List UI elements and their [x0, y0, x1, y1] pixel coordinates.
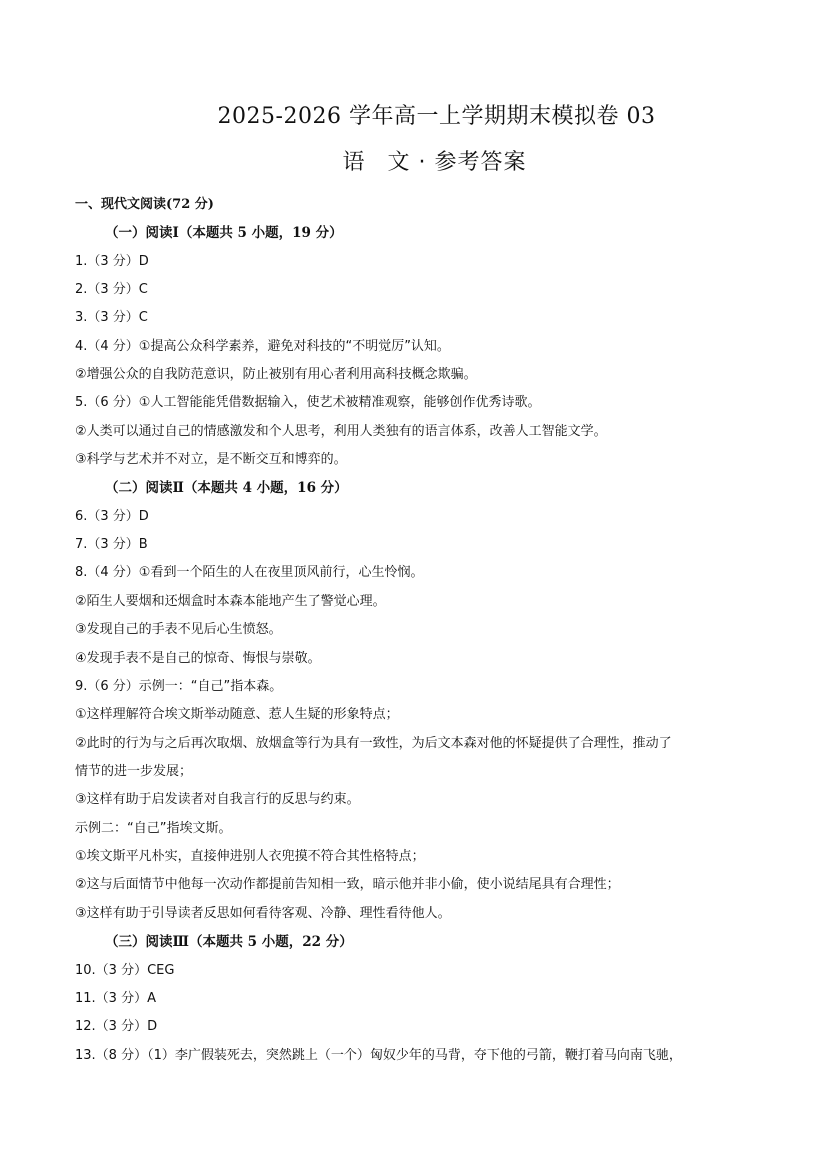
answer-line: 13.（8 分）（1）李广假装死去，突然跳上（一个）匈奴少年的马背，夺下他的弓箭… [75, 1047, 682, 1065]
answer-line: 2.（3 分）C [75, 281, 148, 299]
answer-line: ③这样有助于引导读者反思如何看待客观、冷静、理性看待他人。 [75, 905, 451, 923]
answer-line: 3.（3 分）C [75, 309, 148, 327]
document-title: 2025-2026 学年高一上学期期末模拟卷 03 [0, 102, 827, 132]
answer-document-page: 2025-2026 学年高一上学期期末模拟卷 03 语文 · 参考答案 一、现代… [0, 0, 827, 1169]
document-subtitle: 语文 · 参考答案 [0, 148, 827, 178]
answer-line: ②此时的行为与之后再次取烟、放烟盒等行为具有一致性，为后文本森对他的怀疑提供了合… [75, 735, 672, 753]
answer-line: 情节的进一步发展； [75, 763, 192, 781]
answer-line: 10.（3 分）CEG [75, 962, 174, 980]
answer-line: 11.（3 分）A [75, 990, 156, 1008]
answer-line: 1.（3 分）D [75, 253, 149, 271]
subtitle-subject-char: 语 [343, 150, 366, 175]
answer-line: ①这样理解符合埃文斯举动随意、惹人生疑的形象特点； [75, 706, 399, 724]
answer-line: 12.（3 分）D [75, 1018, 157, 1036]
answer-line: 6.（3 分）D [75, 508, 149, 526]
part3-heading: （三）阅读Ⅲ（本题共 5 小题，22 分） [105, 933, 353, 951]
answer-line: ②这与后面情节中他每一次动作都提前告知相一致，暗示他并非小偷，使小说结尾具有合理… [75, 876, 620, 894]
part2-heading: （二）阅读Ⅱ（本题共 4 小题，16 分） [105, 479, 348, 497]
subtitle-answer-label: 文 · 参考答案 [388, 150, 527, 175]
answer-line: 7.（3 分）B [75, 536, 148, 554]
answer-line: ①埃文斯平凡朴实，直接伸进别人衣兜摸不符合其性格特点； [75, 848, 425, 866]
answer-line: 4.（4 分）①提高公众科学素养，避免对科技的“不明觉厉”认知。 [75, 338, 450, 356]
section-heading-modern-reading: 一、现代文阅读(72 分) [75, 196, 214, 214]
answer-line: ④发现手表不是自己的惊奇、悔恨与崇敬。 [75, 650, 321, 668]
answer-line: ②陌生人要烟和还烟盒时本森本能地产生了警觉心理。 [75, 593, 386, 611]
answer-line: ②增强公众的自我防范意识，防止被别有用心者利用高科技概念欺骗。 [75, 366, 477, 384]
answer-line: 8.（4 分）①看到一个陌生的人在夜里顶风前行，心生怜悯。 [75, 564, 423, 582]
answer-line: ②人类可以通过自己的情感激发和个人思考，利用人类独有的语言体系，改善人工智能文学… [75, 423, 607, 441]
part1-heading: （一）阅读Ⅰ（本题共 5 小题，19 分） [105, 224, 343, 242]
answer-line: 5.（6 分）①人工智能能凭借数据输入，使艺术被精准观察，能够创作优秀诗歌。 [75, 394, 540, 412]
answer-line: ③科学与艺术并不对立，是不断交互和博弈的。 [75, 451, 347, 469]
answer-line: ③这样有助于启发读者对自我言行的反思与约束。 [75, 791, 360, 809]
answer-line: ③发现自己的手表不见后心生愤怒。 [75, 621, 282, 639]
answer-line: 9.（6 分）示例一：“自己”指本森。 [75, 678, 282, 696]
answer-line: 示例二：“自己”指埃文斯。 [75, 820, 231, 838]
